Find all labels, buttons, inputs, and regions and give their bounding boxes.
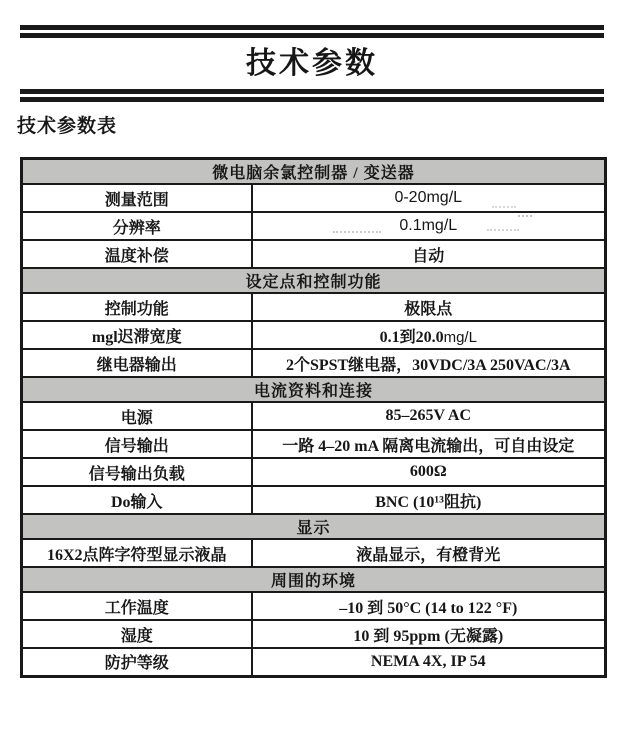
section-header-row: 设定点和控制功能 — [22, 268, 606, 293]
spec-row: 控制功能 极限点 — [22, 293, 606, 321]
spec-label-cell: Do输入 — [22, 486, 252, 514]
spec-value-cell: 一路 4–20 mA 隔离电流输出，可自由设定 — [252, 430, 606, 458]
spec-value-cell: NEMA 4X, IP 54 — [252, 648, 606, 676]
section-header: 电流资料和连接 — [22, 377, 606, 402]
spec-value-cell: 600Ω — [252, 458, 606, 486]
spec-label-cell: 工作温度 — [22, 592, 252, 620]
spec-value-cell: 极限点 — [252, 293, 606, 321]
document-page: 技术参数 技术参数表 微电脑余氯控制器 / 变送器 测量范围 0-20mg/L … — [20, 0, 604, 678]
spec-value-cell: 85–265V AC — [252, 402, 606, 430]
scan-smudge — [333, 231, 381, 233]
spec-row: 测量范围 0-20mg/L — [22, 184, 606, 212]
spec-label-cell: mgl迟滞宽度 — [22, 321, 252, 349]
spec-value-cell: 自动 — [252, 240, 606, 268]
section-header: 显示 — [22, 514, 606, 539]
spec-value-cell: BNC (10¹³阻抗) — [252, 486, 606, 514]
scan-smudge — [487, 229, 519, 231]
spec-value-cell: 2个SPST继电器，30VDC/3A 250VAC/3A — [252, 349, 606, 377]
table-caption: 技术参数表 — [17, 115, 604, 138]
spec-value-cell: 0.1到20.0mg/L — [252, 321, 606, 349]
spec-label-cell: 继电器输出 — [22, 349, 252, 377]
spec-label-cell: 温度补偿 — [22, 240, 252, 268]
spec-row: 分辨率 0.1mg/L — [22, 212, 606, 240]
spec-label-cell: 防护等级 — [22, 648, 252, 676]
spec-row: 16X2点阵字符型显示液晶 液晶显示，有橙背光 — [22, 539, 606, 567]
section-header-row: 周围的环境 — [22, 567, 606, 592]
spec-label-cell: 16X2点阵字符型显示液晶 — [22, 539, 252, 567]
spec-row: 温度补偿 自动 — [22, 240, 606, 268]
spec-label-cell: 电源 — [22, 402, 252, 430]
section-header-row: 显示 — [22, 514, 606, 539]
scan-smudge — [518, 215, 532, 217]
section-header: 微电脑余氯控制器 / 变送器 — [22, 159, 606, 185]
scan-smudge — [492, 206, 516, 208]
spec-table: 微电脑余氯控制器 / 变送器 测量范围 0-20mg/L 分辨率 0.1mg/L… — [20, 157, 607, 678]
spec-value-cell: –10 到 50°C (14 to 122 °F) — [252, 592, 606, 620]
section-header-row: 微电脑余氯控制器 / 变送器 — [22, 159, 606, 185]
top-double-rule — [20, 25, 604, 38]
spec-row: mgl迟滞宽度 0.1到20.0mg/L — [22, 321, 606, 349]
spec-value-cell: 液晶显示，有橙背光 — [252, 539, 606, 567]
spec-value: 0.1mg/L — [399, 217, 457, 234]
spec-value-cell: 0-20mg/L — [252, 184, 606, 212]
spec-row: 防护等级 NEMA 4X, IP 54 — [22, 648, 606, 676]
spec-row: Do输入 BNC (10¹³阻抗) — [22, 486, 606, 514]
spec-label-cell: 测量范围 — [22, 184, 252, 212]
spec-value-unit: mg/L — [444, 329, 477, 346]
page-title: 技术参数 — [20, 44, 604, 83]
spec-row: 工作温度 –10 到 50°C (14 to 122 °F) — [22, 592, 606, 620]
spec-row: 继电器输出 2个SPST继电器，30VDC/3A 250VAC/3A — [22, 349, 606, 377]
spec-label-cell: 控制功能 — [22, 293, 252, 321]
spec-row: 湿度 10 到 95ppm (无凝露) — [22, 620, 606, 648]
spec-label-cell: 湿度 — [22, 620, 252, 648]
spec-row: 电源 85–265V AC — [22, 402, 606, 430]
spec-label-cell: 分辨率 — [22, 212, 252, 240]
section-header: 周围的环境 — [22, 567, 606, 592]
section-header: 设定点和控制功能 — [22, 268, 606, 293]
spec-value: 0-20mg/L — [394, 189, 462, 206]
spec-row: 信号输出负载 600Ω — [22, 458, 606, 486]
spec-label-cell: 信号输出 — [22, 430, 252, 458]
spec-value: 0.1到20.0 — [380, 329, 444, 346]
section-header-row: 电流资料和连接 — [22, 377, 606, 402]
spec-label-cell: 信号输出负载 — [22, 458, 252, 486]
title-bottom-double-rule — [20, 89, 604, 102]
spec-value-cell: 10 到 95ppm (无凝露) — [252, 620, 606, 648]
spec-value-cell: 0.1mg/L — [252, 212, 606, 240]
spec-row: 信号输出 一路 4–20 mA 隔离电流输出，可自由设定 — [22, 430, 606, 458]
